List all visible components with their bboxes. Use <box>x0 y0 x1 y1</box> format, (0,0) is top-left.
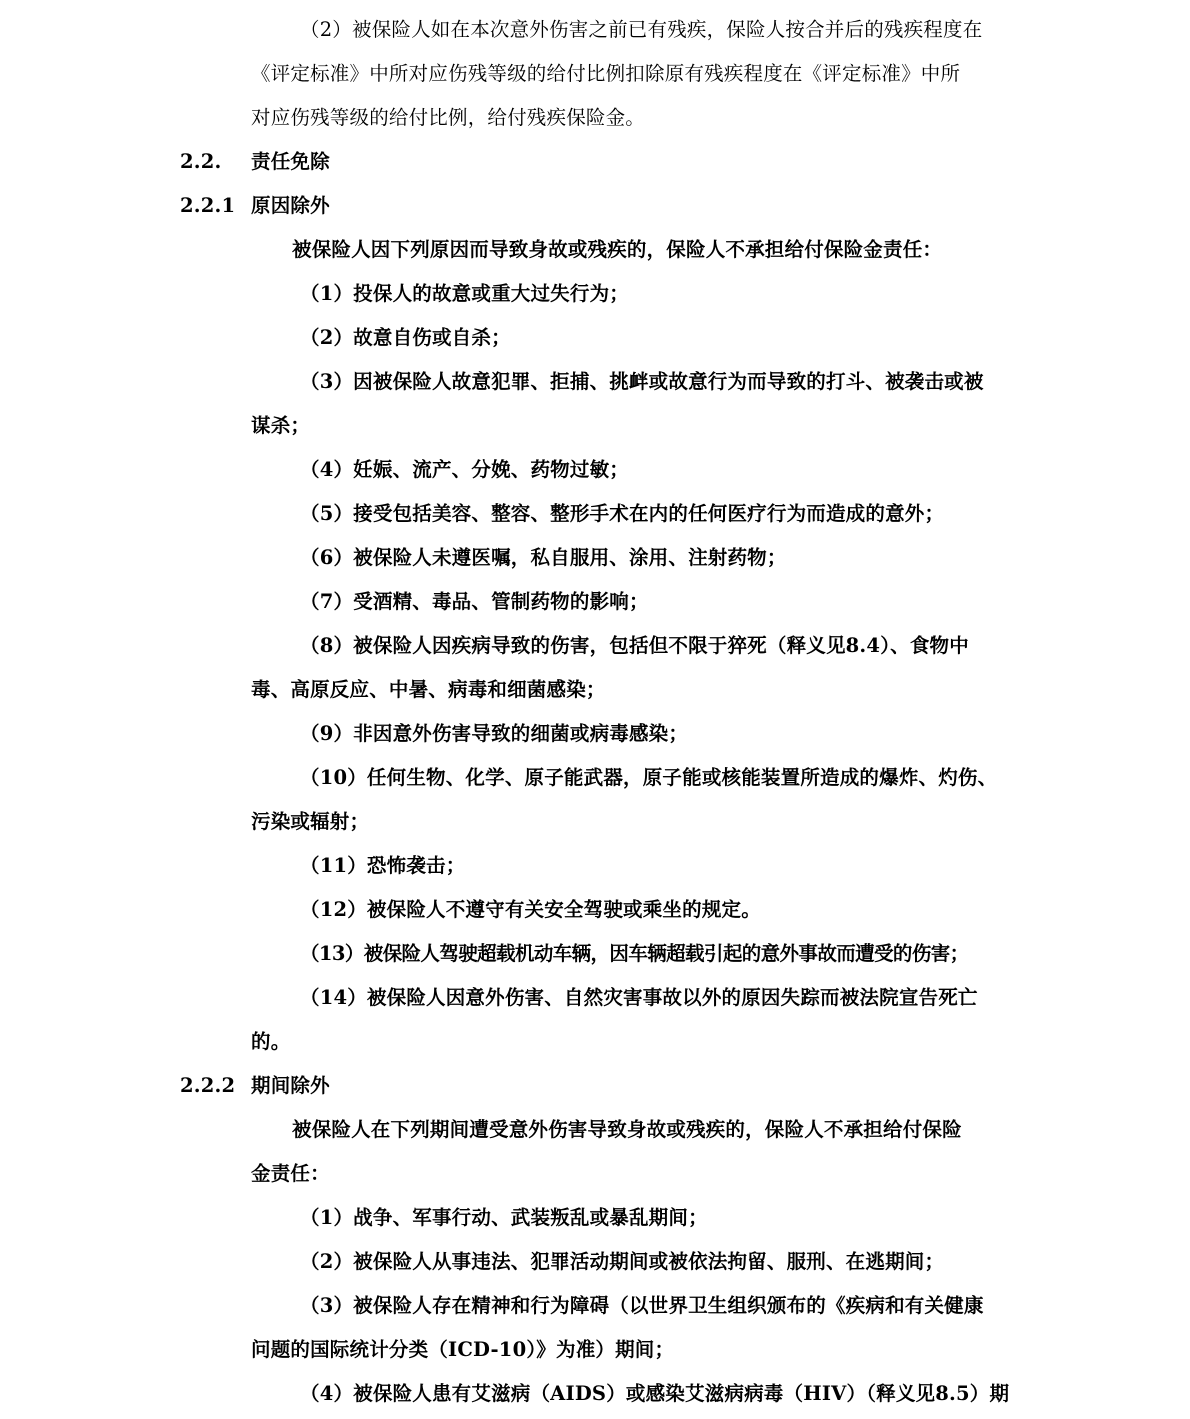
section-title: 期间除外 <box>251 1074 330 1097</box>
list-item: （3）因被保险人故意犯罪、拒捕、挑衅或故意行为而导致的打斗、被袭击或被 <box>300 370 984 394</box>
list-item: （4）妊娠、流产、分娩、药物过敏； <box>300 458 629 482</box>
section-2-2-2-lead: 被保险人在下列期间遭受意外伤害导致身故或残疾的，保险人不承担给付保险 <box>292 1118 962 1142</box>
section-2-2-1-lead: 被保险人因下列原因而导致身故或残疾的，保险人不承担给付保险金责任： <box>292 238 942 262</box>
list-item: （5）接受包括美容、整容、整形手术在内的任何医疗行为而造成的意外； <box>300 502 944 526</box>
section-heading-2-2-2: 2.2.2期间除外 <box>180 1074 330 1098</box>
list-item: （9）非因意外伤害导致的细菌或病毒感染； <box>300 722 688 746</box>
section-number: 2.2.2 <box>180 1074 251 1098</box>
list-item: （4）被保险人患有艾滋病（AIDS）或感染艾滋病病毒（HIV）（释义见8.5）期 <box>300 1382 1009 1406</box>
section-title: 责任免除 <box>251 150 330 173</box>
list-item: （10）任何生物、化学、原子能武器，原子能或核能装置所造成的爆炸、灼伤、 <box>300 766 997 790</box>
section-number: 2.2.1 <box>180 194 251 218</box>
section-2-2-2-lead-continuation: 金责任： <box>251 1162 330 1186</box>
list-item-continuation: 污染或辐射； <box>251 810 369 834</box>
section-heading-2-2-1: 2.2.1原因除外 <box>180 194 330 218</box>
list-item: （13）被保险人驾驶超载机动车辆，因车辆超载引起的意外事故而遭受的伤害； <box>300 942 969 966</box>
list-item: （2）被保险人从事违法、犯罪活动期间或被依法拘留、服刑、在逃期间； <box>300 1250 944 1274</box>
section-number: 2.2. <box>180 150 251 174</box>
list-item: （6）被保险人未遵医嘱，私自服用、涂用、注射药物； <box>300 546 787 570</box>
list-item-continuation: 谋杀； <box>251 414 310 438</box>
intro-line-3: 对应伤残等级的给付比例，给付残疾保险金。 <box>251 106 645 130</box>
list-item: （1）投保人的故意或重大过失行为； <box>300 282 629 306</box>
intro-line-2: 《评定标准》中所对应伤残等级的给付比例扣除原有残疾程度在《评定标准》中所 <box>251 62 960 86</box>
list-item: （12）被保险人不遵守有关安全驾驶或乘坐的规定。 <box>300 898 761 922</box>
list-item-continuation: 的。 <box>251 1030 290 1054</box>
list-item: （2）故意自伤或自杀； <box>300 326 511 350</box>
list-item: （3）被保险人存在精神和行为障碍（以世界卫生组织颁布的《疾病和有关健康 <box>300 1294 984 1318</box>
list-item-continuation: 毒、高原反应、中暑、病毒和细菌感染； <box>251 678 606 702</box>
list-item-continuation: 问题的国际统计分类（ICD-10）》为准）期间； <box>251 1338 674 1362</box>
section-title: 原因除外 <box>251 194 330 217</box>
list-item: （14）被保险人因意外伤害、自然灾害事故以外的原因失踪而被法院宣告死亡 <box>300 986 978 1010</box>
intro-line-1: （2）被保险人如在本次意外伤害之前已有残疾，保险人按合并后的残疾程度在 <box>300 18 982 42</box>
list-item: （11）恐怖袭击； <box>300 854 465 878</box>
section-heading-2-2: 2.2.责任免除 <box>180 150 330 174</box>
list-item: （7）受酒精、毒品、管制药物的影响； <box>300 590 649 614</box>
list-item: （8）被保险人因疾病导致的伤害，包括但不限于猝死（释义见8.4）、食物中 <box>300 634 969 658</box>
list-item: （1）战争、军事行动、武装叛乱或暴乱期间； <box>300 1206 708 1230</box>
